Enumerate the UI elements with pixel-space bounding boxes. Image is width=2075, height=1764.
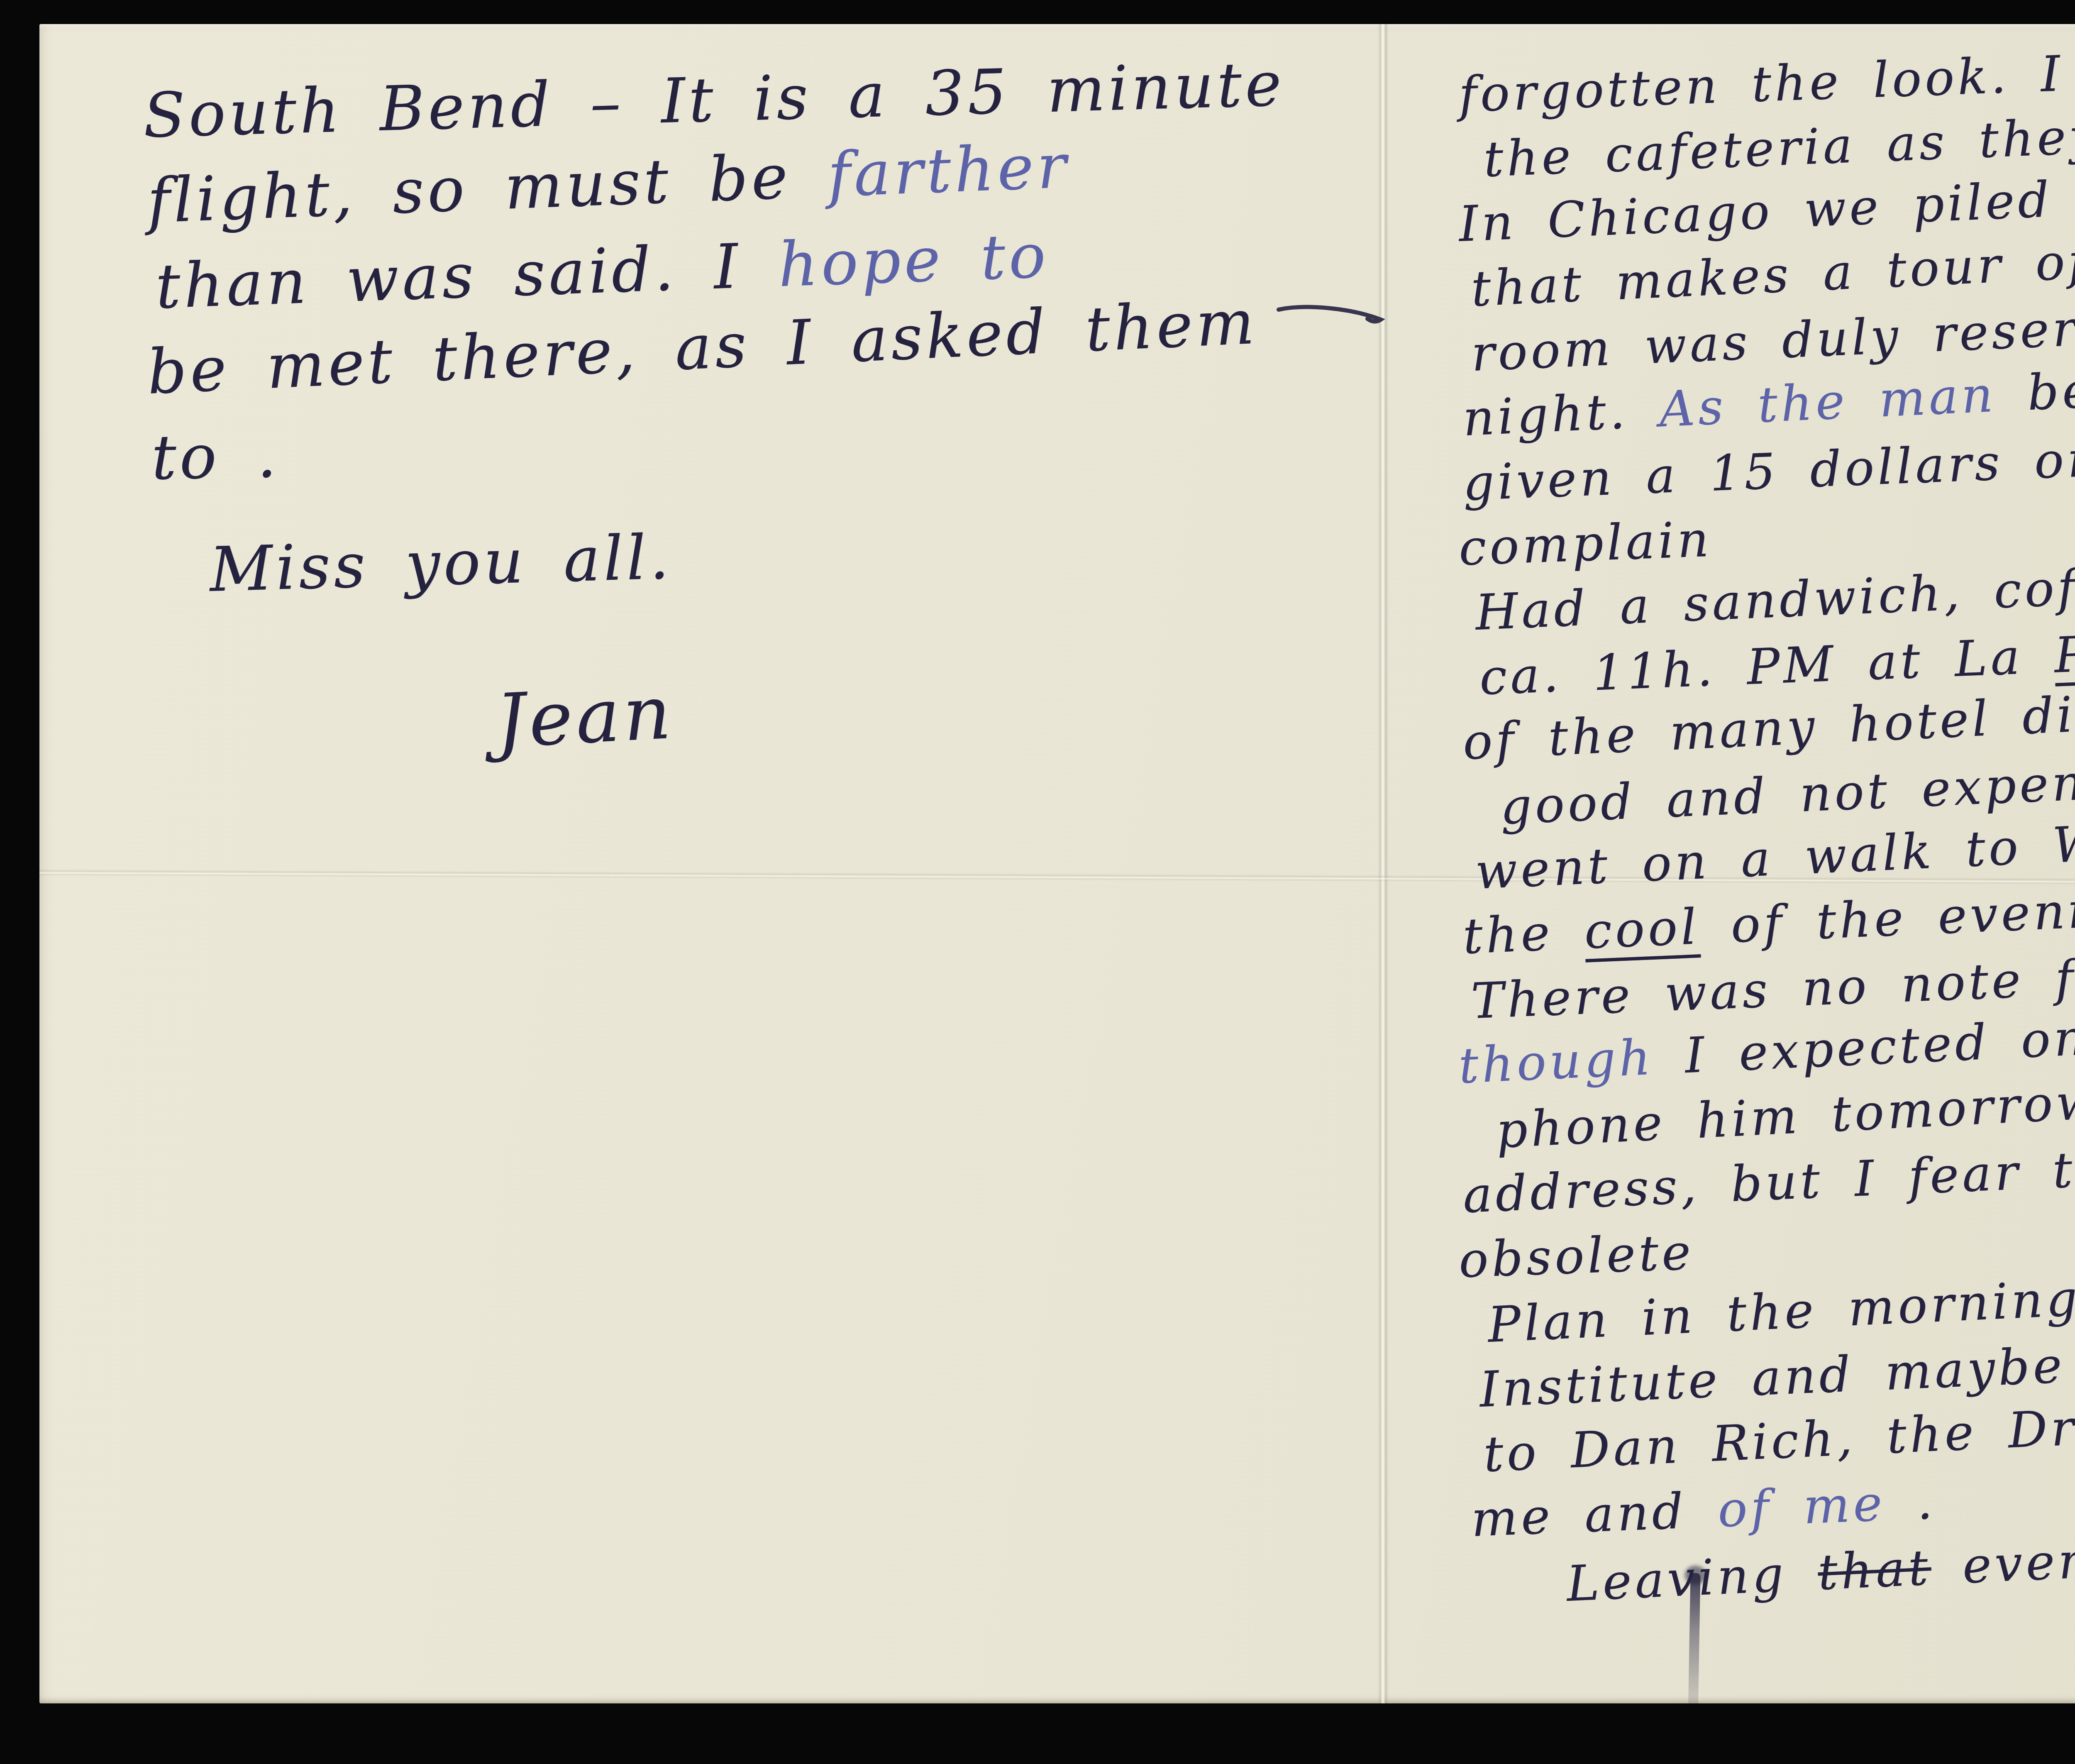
text-segment: of me xyxy=(1717,1475,1887,1538)
underlined-text: Petite Café xyxy=(2053,614,2075,684)
text-segment: farther xyxy=(826,130,1071,211)
text-segment: . xyxy=(1884,1473,1936,1532)
handwritten-line: to . xyxy=(151,393,1380,501)
left-page: South Bend – It is a 35 minuteflight, so… xyxy=(143,73,1380,765)
text-segment: As the man xyxy=(1658,366,1997,438)
text-segment: hope to xyxy=(777,220,1050,301)
underlined-text: cool xyxy=(1583,898,1701,960)
text-segment: the xyxy=(1462,903,1585,965)
text-segment: complain xyxy=(1458,511,1713,577)
signature: Jean xyxy=(494,633,1381,765)
text-segment: me and xyxy=(1470,1481,1719,1548)
text-segment: obsolete xyxy=(1458,1223,1695,1289)
photo-background: South Bend – It is a 35 minuteflight, so… xyxy=(0,0,2075,1764)
closing-line: Miss you all. xyxy=(208,494,1381,613)
right-page: forgotten the look. I had ham and eggs a… xyxy=(1459,62,2075,1616)
text-segment: to . xyxy=(151,420,280,494)
struck-text: that xyxy=(1816,1539,1932,1601)
text-segment: though xyxy=(1457,1029,1655,1095)
right-page-text: forgotten the look. I had ham and eggs a… xyxy=(1459,62,2075,1616)
left-page-text: South Bend – It is a 35 minuteflight, so… xyxy=(143,73,1380,501)
text-segment: night. xyxy=(1462,381,1660,447)
letter-sheet: South Bend – It is a 35 minuteflight, so… xyxy=(39,24,2075,1703)
